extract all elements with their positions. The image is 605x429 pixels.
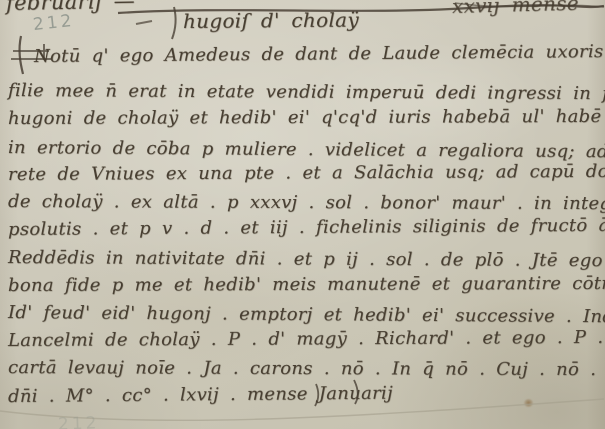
folio-number-pencil-faint: 212 bbox=[58, 413, 100, 429]
marginal-note-struck: xxvij mense bbox=[452, 0, 579, 18]
manuscript-line: Id' feud' eid' hugonj . emptorj et hedib… bbox=[8, 302, 605, 328]
manuscript-line: bona fide p me et hedib' meis manutenē e… bbox=[8, 273, 605, 296]
manuscript-line: rete de Vniues ex una pte . et a Salāchi… bbox=[8, 161, 605, 185]
manuscript-line: Lancelmi de cholaÿ . P . d' magȳ . Richa… bbox=[8, 326, 605, 351]
manuscript-line: psolutis . et p v . d . et iij . ficheli… bbox=[8, 214, 605, 240]
manuscript-line: dn̄i . M° . cc° . lxvij . mense Januarij bbox=[8, 383, 393, 407]
parchment-blotch bbox=[40, 220, 340, 380]
manuscript-line: de cholaÿ . ex altā . p xxxvj . sol . bo… bbox=[8, 191, 605, 215]
manuscript-line: Reddēdis in nativitate dn̄i . et p ij . … bbox=[8, 247, 605, 271]
dash-stroke bbox=[136, 21, 152, 24]
manuscript-line: Notū q' ego Amedeus de dant de Laude cle… bbox=[34, 41, 605, 67]
entry-title: hugoiſ d' cholaÿ bbox=[183, 7, 359, 33]
manuscript-line: in ertorio de cōba p muliere . videlicet… bbox=[8, 137, 605, 162]
heading-initial-stroke bbox=[172, 7, 176, 39]
manuscript-line: filie mee n̄ erat in etate vendidi imper… bbox=[8, 80, 605, 104]
folio-number-pencil: 212 bbox=[32, 11, 75, 35]
manuscript-line: cartā levauj noīe . Ja . carons . nō . I… bbox=[8, 357, 605, 380]
manuscript-line: hugoni de cholaÿ et hedib' ei' q'cq'd iu… bbox=[8, 106, 605, 129]
opening-initial-mark bbox=[20, 36, 23, 74]
manuscript-page: februarij — hugoiſ d' cholaÿ xxvij mense… bbox=[0, 0, 605, 429]
ink-stain-spot bbox=[524, 399, 533, 407]
